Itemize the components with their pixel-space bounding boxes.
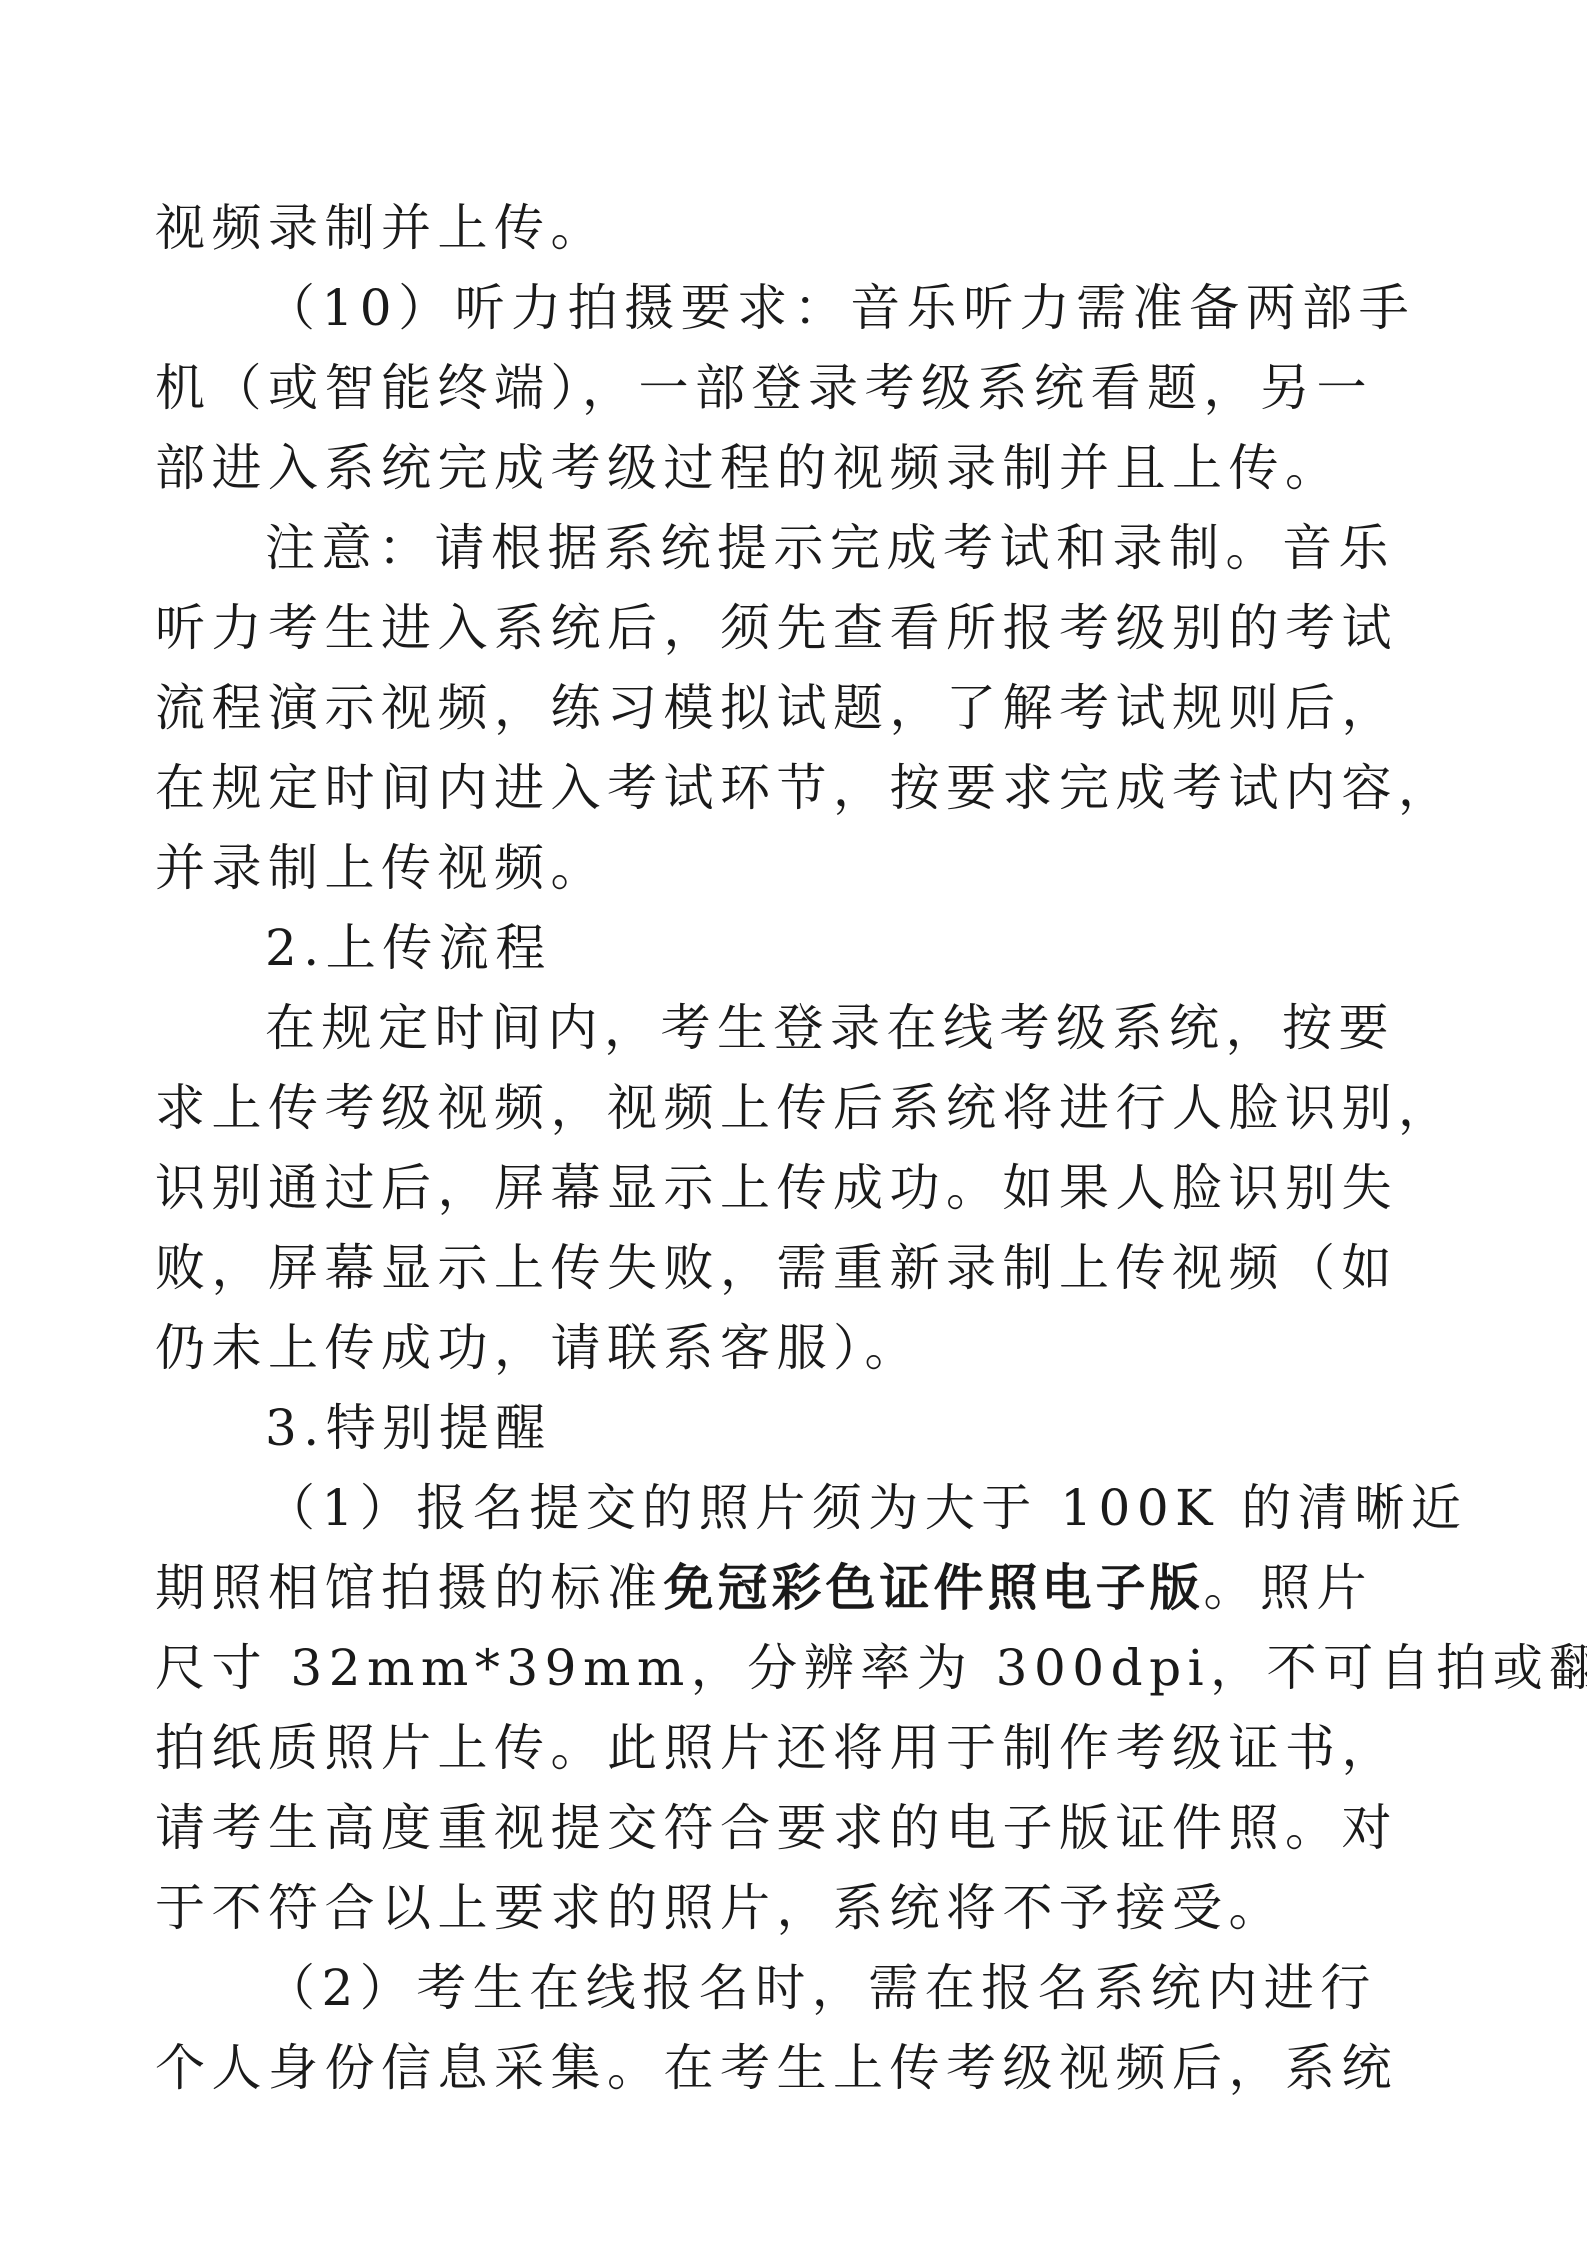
text-span: 。照片 bbox=[1204, 1559, 1374, 1617]
text-line: 识别通过后，屏幕显示上传成功。如果人脸识别失 bbox=[155, 1158, 1398, 1218]
text-line: 注意：请根据系统提示完成考试和录制。音乐 bbox=[265, 518, 1395, 578]
text-line: 拍纸质照片上传。此照片还将用于制作考级证书， bbox=[155, 1718, 1398, 1778]
text-line: 求上传考级视频，视频上传后系统将进行人脸识别， bbox=[155, 1078, 1455, 1138]
text-line: 于不符合以上要求的照片，系统将不予接受。 bbox=[155, 1878, 1285, 1938]
text-line: （10）听力拍摄要求：音乐听力需准备两部手 bbox=[265, 278, 1415, 338]
text-line: 听力考生进入系统后，须先查看所报考级别的考试 bbox=[155, 598, 1398, 658]
text-line: 机（或智能终端），一部登录考级系统看题，另一 bbox=[155, 358, 1373, 418]
text-line: 在规定时间内，考生登录在线考级系统，按要 bbox=[265, 998, 1395, 1058]
text-line: 个人身份信息采集。在考生上传考级视频后，系统 bbox=[155, 2038, 1398, 2098]
text-line: 流程演示视频，练习模拟试题，了解考试规则后， bbox=[155, 678, 1398, 738]
text-line: 视频录制并上传。 bbox=[155, 198, 607, 258]
text-line: 期照相馆拍摄的标准免冠彩色证件照电子版。照片 bbox=[155, 1558, 1373, 1618]
text-line: （1）报名提交的照片须为大于 100K 的清晰近 bbox=[265, 1478, 1467, 1538]
text-line: 并录制上传视频。 bbox=[155, 838, 607, 898]
section-heading: 2.上传流程 bbox=[265, 918, 552, 978]
text-line: 败，屏幕显示上传失败，需重新录制上传视频（如 bbox=[155, 1238, 1398, 1298]
text-line: 仍未上传成功，请联系客服）。 bbox=[155, 1318, 921, 1378]
text-line: 请考生高度重视提交符合要求的电子版证件照。对 bbox=[155, 1798, 1398, 1858]
text-line: 在规定时间内进入考试环节，按要求完成考试内容， bbox=[155, 758, 1455, 818]
text-line: 部进入系统完成考级过程的视频录制并且上传。 bbox=[155, 438, 1342, 498]
text-line: 尺寸 32mm*39mm，分辨率为 300dpi，不可自拍或翻 bbox=[155, 1638, 1587, 1698]
text-span: 期照相馆拍摄的标准 bbox=[155, 1559, 664, 1617]
document-page: 视频录制并上传。 （10）听力拍摄要求：音乐听力需准备两部手 机（或智能终端），… bbox=[0, 0, 1587, 2245]
section-heading: 3.特别提醒 bbox=[265, 1398, 552, 1458]
text-line: （2）考生在线报名时，需在报名系统内进行 bbox=[265, 1958, 1377, 2018]
bold-emphasis: 免冠彩色证件照电子版 bbox=[664, 1559, 1204, 1617]
